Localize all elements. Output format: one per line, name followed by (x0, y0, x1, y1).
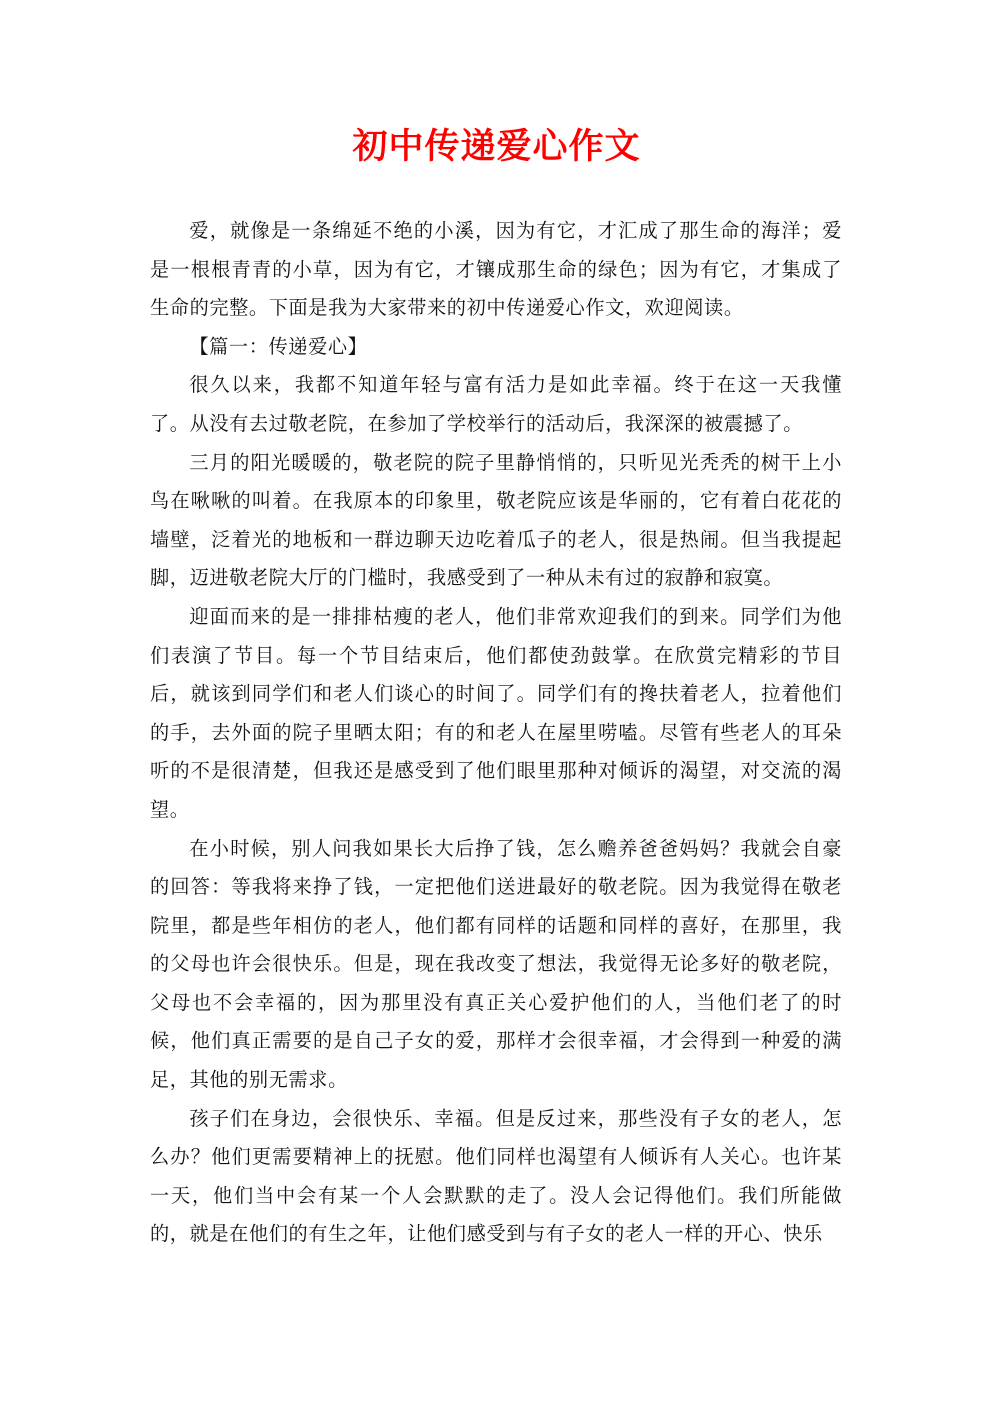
paragraph: 在小时候，别人问我如果长大后挣了钱，怎么赡养爸爸妈妈？我就会自豪的回答：等我将来… (150, 830, 842, 1100)
paragraph: 很久以来，我都不知道年轻与富有活力是如此幸福。终于在这一天我懂了。从没有去过敬老… (150, 366, 842, 443)
document-title: 初中传递爱心作文 (0, 122, 993, 172)
section-heading: 【篇一：传递爱心】 (150, 328, 842, 367)
paragraph-intro: 爱，就像是一条绵延不绝的小溪，因为有它，才汇成了那生命的海洋；爱是一根根青青的小… (150, 212, 842, 328)
paragraph: 三月的阳光暖暖的，敬老院的院子里静悄悄的，只听见光秃秃的树干上小鸟在啾啾的叫着。… (150, 444, 842, 598)
paragraph: 孩子们在身边，会很快乐、幸福。但是反过来，那些没有子女的老人，怎么办？他们更需要… (150, 1100, 842, 1254)
paragraph: 迎面而来的是一排排枯瘦的老人，他们非常欢迎我们的到来。同学们为他们表演了节目。每… (150, 598, 842, 830)
document-page: 初中传递爱心作文 爱，就像是一条绵延不绝的小溪，因为有它，才汇成了那生命的海洋；… (0, 0, 993, 1404)
document-body: 爱，就像是一条绵延不绝的小溪，因为有它，才汇成了那生命的海洋；爱是一根根青青的小… (150, 212, 842, 1254)
